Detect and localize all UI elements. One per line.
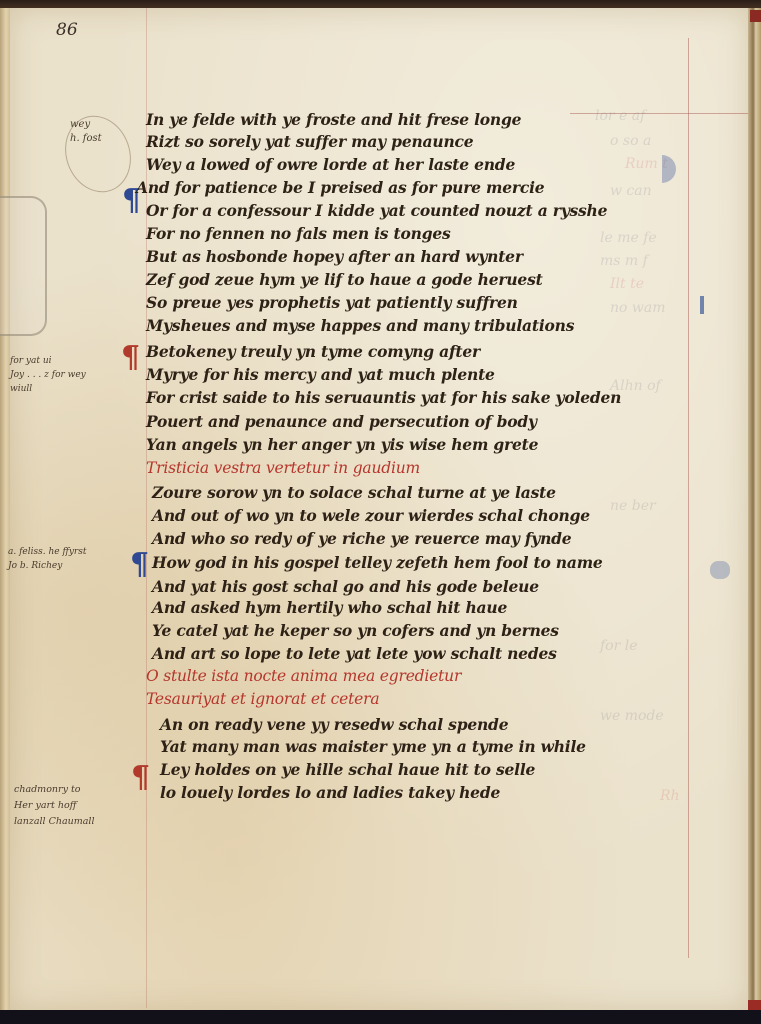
show-through-text: w can xyxy=(610,183,652,199)
show-through-rubric: Rh xyxy=(660,788,680,804)
text-line: Betokeney treuly yn tyme comyng after xyxy=(146,342,480,361)
page-clip xyxy=(0,196,47,336)
blue-paraph-initial: ¶ xyxy=(122,186,135,216)
text-line: Myrye for his mercy and yat much plente xyxy=(146,365,495,384)
show-through-text: ne ber xyxy=(610,498,656,514)
show-through-text: for le xyxy=(600,638,638,654)
text-line: Wey a lowed of owre lorde at her laste e… xyxy=(146,155,515,174)
text-line: For crist saide to his seruauntis yat fo… xyxy=(146,388,621,407)
text-line: Pouert and penaunce and persecution of b… xyxy=(146,412,537,431)
red-edge-tip xyxy=(748,1000,761,1010)
text-line: For no fennen no fals men is tonges xyxy=(146,224,451,243)
rubric-line: O stulte ista nocte anima mea egredietur xyxy=(146,667,461,685)
text-line: And art so lope to lete yat lete yow sch… xyxy=(152,644,557,663)
book-bottom-edge xyxy=(0,1010,761,1024)
marginal-note-oval: wey h. fost xyxy=(70,118,102,146)
show-through-text: lor e af xyxy=(595,108,645,124)
text-line: How god in his gospel telley zefeth hem … xyxy=(152,553,603,572)
text-line: And out of wo yn to wele zour wierdes sc… xyxy=(152,506,590,525)
right-ruling-line xyxy=(688,38,689,958)
red-paraph-initial: ¶ xyxy=(121,343,134,373)
faded-paraph-mark xyxy=(710,561,730,579)
text-line: Rizt so sorely yat suffer may penaunce xyxy=(146,132,473,151)
text-line: Zoure sorow yn to solace schal turne at … xyxy=(152,483,556,502)
show-through-rubric: Ilt te xyxy=(610,276,644,292)
text-line: Zef god zeue hym ye lif to haue a gode h… xyxy=(146,270,543,289)
text-line: So preue yes prophetis yat patiently suf… xyxy=(146,293,518,312)
faded-paraph-mark xyxy=(662,155,676,183)
text-line: Yat many man was maister yme yn a tyme i… xyxy=(160,737,586,756)
book-fore-edge xyxy=(748,8,761,1014)
text-line: But as hosbonde hopey after an hard wynt… xyxy=(146,247,523,266)
paraph-mark xyxy=(700,296,704,314)
text-line: An on ready vene yy resedw schal spende xyxy=(160,715,508,734)
text-line: In ye felde with ye froste and hit frese… xyxy=(146,110,521,129)
rubric-line: Tristicia vestra vertetur in gaudium xyxy=(146,459,420,477)
show-through-text: we mode xyxy=(600,708,664,724)
text-line: Yan angels yn her anger yn yis wise hem … xyxy=(146,435,538,454)
marginal-note-gospel: a. feliss. he ffyrst Jo b. Richey xyxy=(8,545,86,573)
folio-number: 86 xyxy=(56,20,78,40)
marginal-note-hill: chadmonry to Her yart hoff lanzall Chaum… xyxy=(14,782,95,830)
marginal-note-patience: for yat ui Joy . . . z for wey wiull xyxy=(10,354,86,396)
text-line: Or for a confessour I kidde yat counted … xyxy=(146,201,607,220)
text-line: And for patience be I preised as for pur… xyxy=(136,178,544,197)
blue-paraph-initial: ¶ xyxy=(130,550,143,580)
text-line: And yat his gost schal go and his gode b… xyxy=(152,577,539,596)
red-edge-tip xyxy=(750,10,761,22)
rubric-line: Tesauriyat et ignorat et cetera xyxy=(146,690,379,708)
text-line: And asked hym hertily who schal hit haue xyxy=(152,598,507,617)
show-through-text: o so a xyxy=(610,133,651,149)
text-line: lo louely lordes lo and ladies takey hed… xyxy=(160,783,500,802)
text-line: Ye catel yat he keper so yn cofers and y… xyxy=(152,621,559,640)
red-paraph-initial: ¶ xyxy=(131,763,144,793)
show-through-text: le me fe xyxy=(600,230,657,246)
show-through-text: no wam xyxy=(610,300,666,316)
show-through-text: ms m f xyxy=(600,253,648,269)
text-line: Mysheues and myse happes and many tribul… xyxy=(146,316,574,335)
text-line: And who so redy of ye riche ye reuerce m… xyxy=(152,529,571,548)
text-line: Ley holdes on ye hille schal haue hit to… xyxy=(160,760,535,779)
